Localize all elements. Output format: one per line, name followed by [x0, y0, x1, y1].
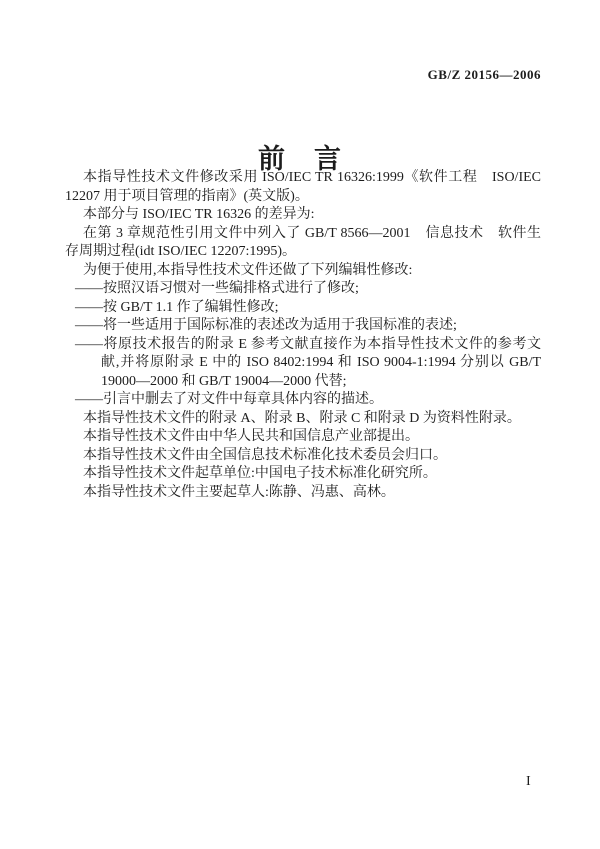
- doc-number-header: GB/Z 20156—2006: [428, 67, 541, 83]
- dash-list-item: ——将原技术报告的附录 E 参考文献直接作为本指导性技术文件的参考文献,并将原附…: [65, 336, 541, 392]
- body-paragraph: 为便于使用,本指导性技术文件还做了下列编辑性修改:: [65, 262, 541, 281]
- page-number: I: [526, 774, 531, 790]
- body-paragraph: 本指导性技术文件的附录 A、附录 B、附录 C 和附录 D 为资料性附录。: [65, 410, 541, 429]
- dash-list-item: ——按照汉语习惯对一些编排格式进行了修改;: [65, 280, 541, 299]
- dash-list-item: ——引言中删去了对文件中每章具体内容的描述。: [65, 391, 541, 410]
- dash-list-item: ——将一些适用于国际标准的表述改为适用于我国标准的表述;: [65, 317, 541, 336]
- body-paragraph: 本部分与 ISO/IEC TR 16326 的差异为:: [65, 206, 541, 225]
- body-paragraph: 本指导性技术文件主要起草人:陈静、冯惠、高林。: [65, 484, 541, 503]
- body-paragraph: 本指导性技术文件起草单位:中国电子技术标准化研究所。: [65, 465, 541, 484]
- body-paragraph: 本指导性技术文件修改采用 ISO/IEC TR 16326:1999《软件工程 …: [65, 169, 541, 206]
- dash-list-item: ——按 GB/T 1.1 作了编辑性修改;: [65, 299, 541, 318]
- body-paragraph: 本指导性技术文件由全国信息技术标准化技术委员会归口。: [65, 447, 541, 466]
- document-body: 本指导性技术文件修改采用 ISO/IEC TR 16326:1999《软件工程 …: [65, 169, 541, 502]
- body-paragraph: 本指导性技术文件由中华人民共和国信息产业部提出。: [65, 428, 541, 447]
- document-page: GB/Z 20156—2006 前 言 本指导性技术文件修改采用 ISO/IEC…: [0, 0, 600, 849]
- body-paragraph: 在第 3 章规范性引用文件中列入了 GB/T 8566—2001 信息技术 软件…: [65, 225, 541, 262]
